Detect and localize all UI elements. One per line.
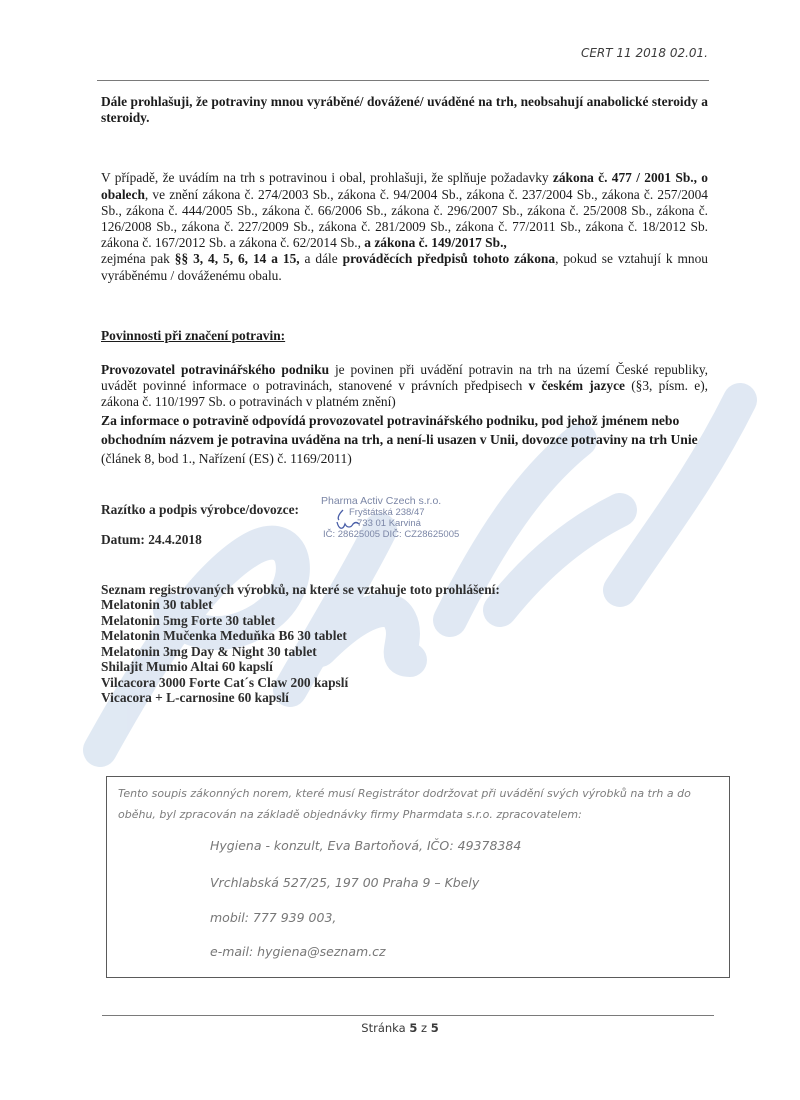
product-list-title: Seznam registrovaných výrobků, na které … — [101, 582, 708, 598]
signature-block: Razítko a podpis výrobce/dovozce: Datum:… — [101, 502, 708, 562]
handwritten-signature-icon — [333, 508, 361, 534]
list-item: Melatonin 3mg Day & Night 30 tablet — [101, 644, 708, 660]
document-code: CERT 11 2018 02.01. — [581, 46, 708, 60]
list-item: Melatonin 30 tablet — [101, 597, 708, 613]
processor-email: e-mail: hygiena@seznam.cz — [210, 944, 386, 959]
page-number: Stránka 5 z 5 — [0, 1021, 800, 1035]
header-divider — [97, 80, 709, 81]
processor-company: Hygiena - konzult, Eva Bartoňová, IČO: 4… — [210, 838, 521, 853]
steroid-declaration: Dále prohlašuji, že potraviny mnou vyráb… — [101, 94, 708, 126]
list-item: Melatonin Mučenka Meduňka B6 30 tablet — [101, 628, 708, 644]
list-item: Vicacora + L-carnosine 60 kapslí — [101, 690, 708, 706]
date-label: Datum: 24.4.2018 — [101, 532, 202, 548]
processor-info-box: Tento soupis zákonných norem, které musí… — [106, 776, 730, 978]
list-item: Shilajit Mumio Altai 60 kapslí — [101, 659, 708, 675]
product-list: Seznam registrovaných výrobků, na které … — [101, 582, 708, 706]
responsibility-statement: Za informace o potravině odpovídá provoz… — [101, 411, 708, 468]
processor-intro: Tento soupis zákonných norem, které musí… — [118, 783, 724, 825]
list-item: Melatonin 5mg Forte 30 tablet — [101, 613, 708, 629]
footer-divider — [102, 1015, 714, 1016]
packaging-sections: zejména pak §§ 3, 4, 5, 6, 14 a 15, a dá… — [101, 251, 708, 283]
packaging-declaration: V případě, že uvádím na trh s potravinou… — [101, 170, 708, 251]
list-item: Vilcacora 3000 Forte Cat´s Claw 200 kaps… — [101, 675, 708, 691]
operator-obligation: Provozovatel potravinářského podniku je … — [101, 362, 708, 411]
signature-label: Razítko a podpis výrobce/dovozce: — [101, 502, 299, 518]
processor-phone: mobil: 777 939 003, — [210, 910, 336, 925]
document-body: Dále prohlašuji, že potraviny mnou vyráb… — [101, 94, 708, 706]
labeling-heading: Povinnosti při značení potravin: — [101, 328, 708, 344]
processor-address: Vrchlabská 527/25, 197 00 Praha 9 – Kbel… — [210, 875, 479, 890]
